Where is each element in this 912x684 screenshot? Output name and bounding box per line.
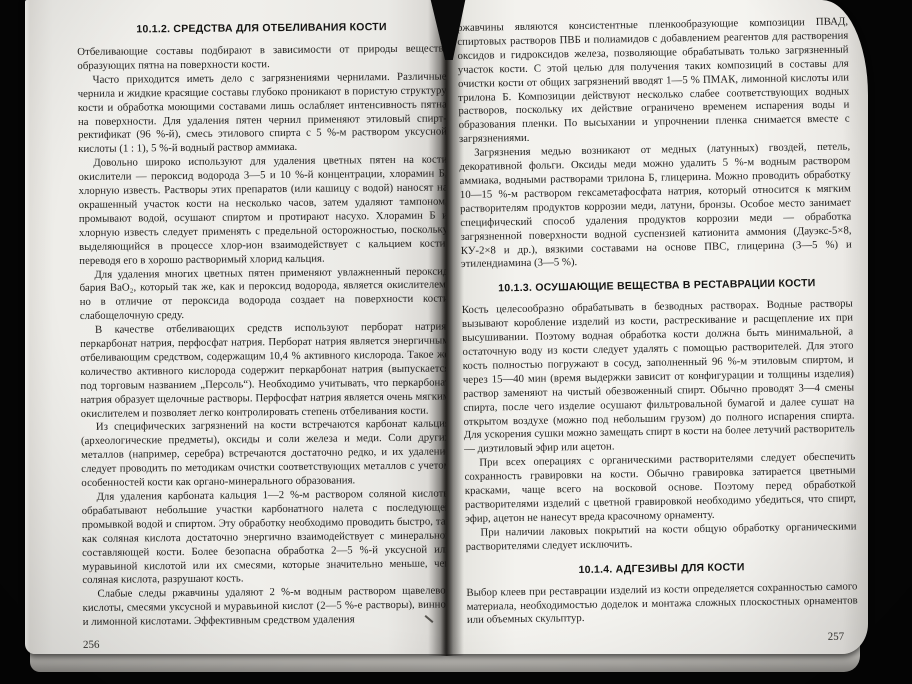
paragraph: Отбеливающие составы подбирают в зависим… [77, 42, 446, 73]
paragraph: Для удаления многих цветных пятен примен… [79, 265, 446, 324]
right-page: ржавчины являются консистентные пленкооб… [446, 0, 868, 654]
section-heading-bleaching: 10.1.2. СРЕДСТВА ДЛЯ ОТБЕЛИВАНИЯ КОСТИ [77, 20, 446, 36]
paragraph: Часто приходится иметь дело с загрязнени… [77, 70, 446, 157]
paragraph: В качестве отбеливающих средств использу… [80, 321, 446, 422]
paragraph: Кость целесообразно обрабатывать в безво… [462, 298, 855, 457]
paragraph: Слабые следы ржавчины удаляют 2 %-м водн… [82, 585, 446, 630]
paragraph: Из специфических загрязнений на кости вс… [81, 418, 446, 491]
page-number-left: 256 [83, 635, 446, 651]
section-heading-drying: 10.1.3. ОСУШАЮЩИЕ ВЕЩЕСТВА В РЕСТАВРАЦИИ… [461, 277, 852, 295]
paragraph: При всех операциях с органическими раств… [464, 451, 856, 527]
page-number-right: 257 [467, 631, 858, 649]
paragraph: ржавчины являются консистентные пленкооб… [457, 16, 850, 148]
paragraph: При наличии лаковых покрытий на кости об… [465, 520, 856, 554]
paragraph: Довольно широко используют для удаления … [78, 154, 446, 269]
left-page-content: 10.1.2. СРЕДСТВА ДЛЯ ОТБЕЛИВАНИЯ КОСТИ О… [77, 20, 446, 651]
right-page-content: ржавчины являются консистентные пленкооб… [457, 16, 858, 650]
paragraph: Выбор клеев при реставрации изделий из к… [466, 580, 858, 628]
book-photo: { "book": { "left_page": { "page_number"… [0, 0, 912, 684]
left-page: 10.1.2. СРЕДСТВА ДЛЯ ОТБЕЛИВАНИЯ КОСТИ О… [25, 0, 446, 654]
section-heading-adhesives: 10.1.4. АДГЕЗИВЫ ДЛЯ КОСТИ [466, 559, 857, 577]
paragraph: Загрязнения медью возникают от медных (л… [459, 141, 852, 273]
paragraph: Для удаления карбоната кальция 1—2 %-м р… [81, 487, 446, 588]
